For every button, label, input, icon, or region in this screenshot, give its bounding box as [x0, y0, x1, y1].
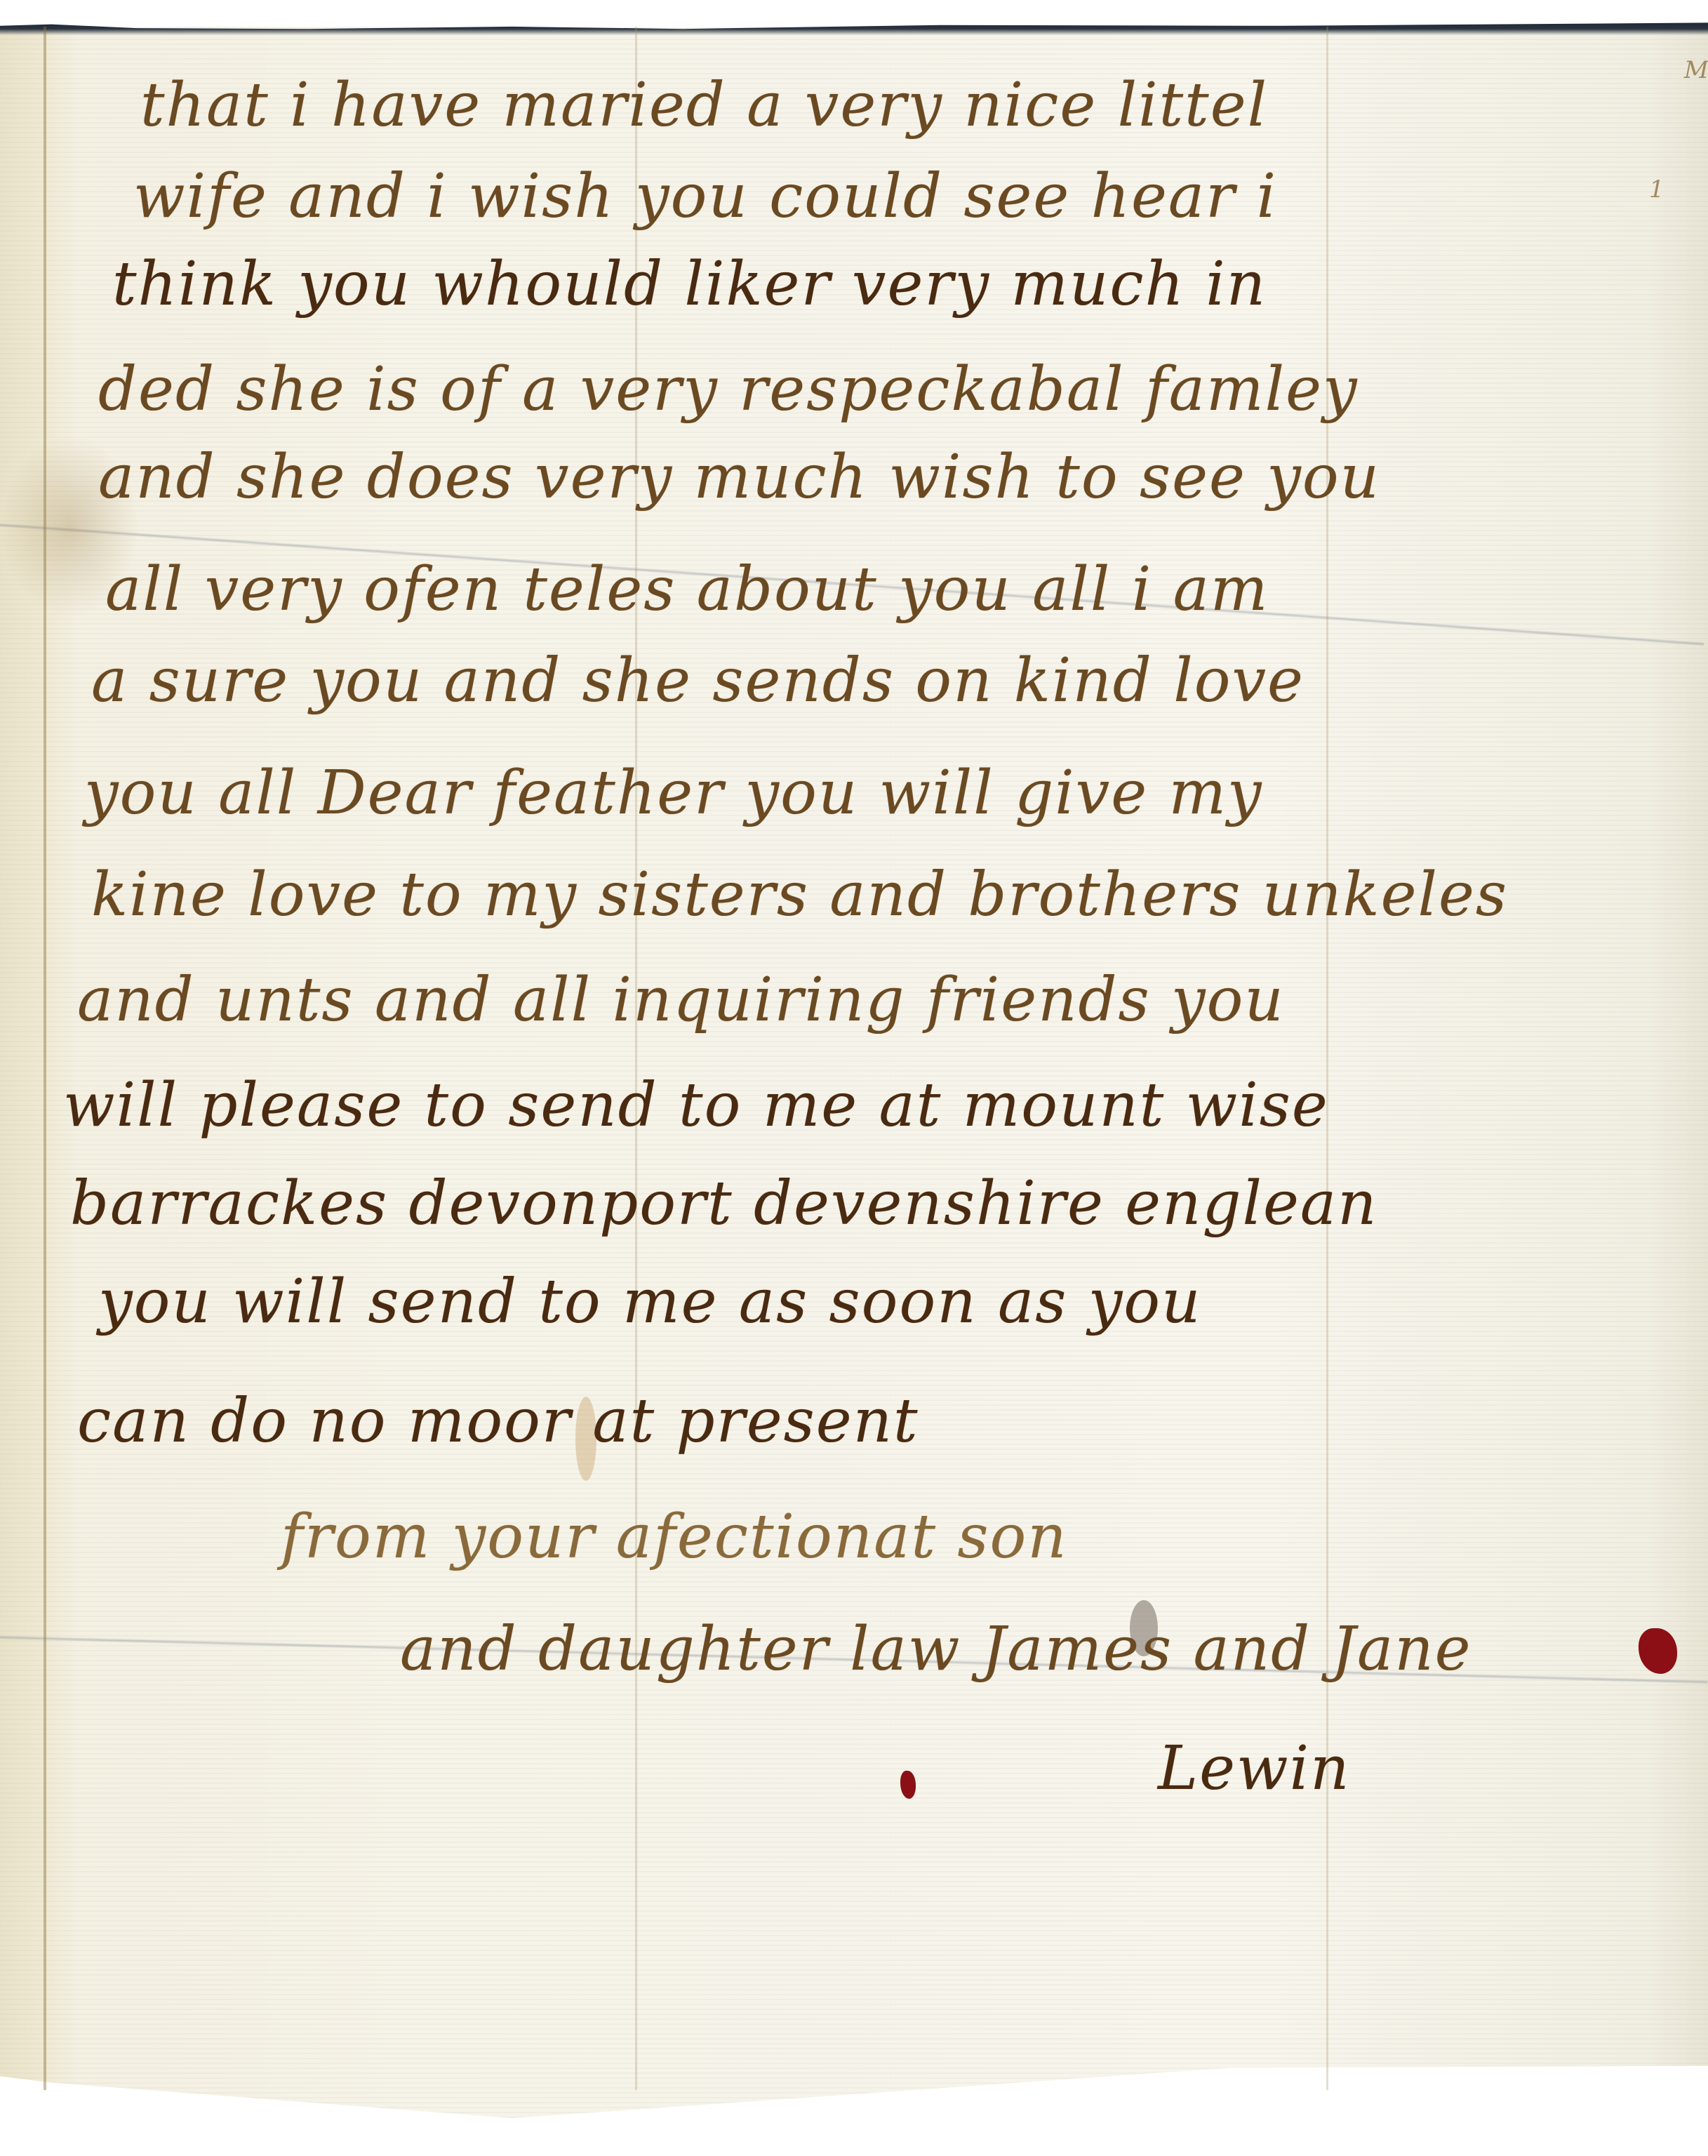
closing-line: from your afectionat son [281, 1502, 1068, 1572]
letter-line: barrackes devonport devenshire englean [70, 1169, 1378, 1239]
letter-line: all very ofen teles about you all i am [105, 554, 1269, 625]
letter-line: you all Dear feather you will give my [84, 758, 1263, 828]
letter-line: a sure you and she sends on kind love [91, 646, 1305, 716]
letter-line: ded she is of a very respeckabal famley [98, 354, 1359, 425]
letter-line: think you whould liker very much in [112, 249, 1267, 319]
letter-body: that i have maried a very nice littel wi… [0, 0, 1708, 2156]
letter-line: you will send to me as soon as you [98, 1267, 1201, 1337]
letter-line: can do no moor at present [77, 1386, 919, 1456]
letter-line: will please to send to me at mount wise [63, 1070, 1329, 1140]
signature-line: and daughter law James and Jane [400, 1614, 1472, 1684]
letter-line: and she does very much wish to see you [98, 442, 1380, 512]
letter-line: wife and i wish you could see hear i [133, 161, 1277, 232]
letter-line: that i have maried a very nice littel [140, 70, 1268, 140]
signature-surname: Lewin [1158, 1734, 1351, 1804]
letter-line: and unts and all inquiring friends you [77, 965, 1285, 1035]
letter-line: kine love to my sisters and brothers unk… [91, 860, 1508, 930]
